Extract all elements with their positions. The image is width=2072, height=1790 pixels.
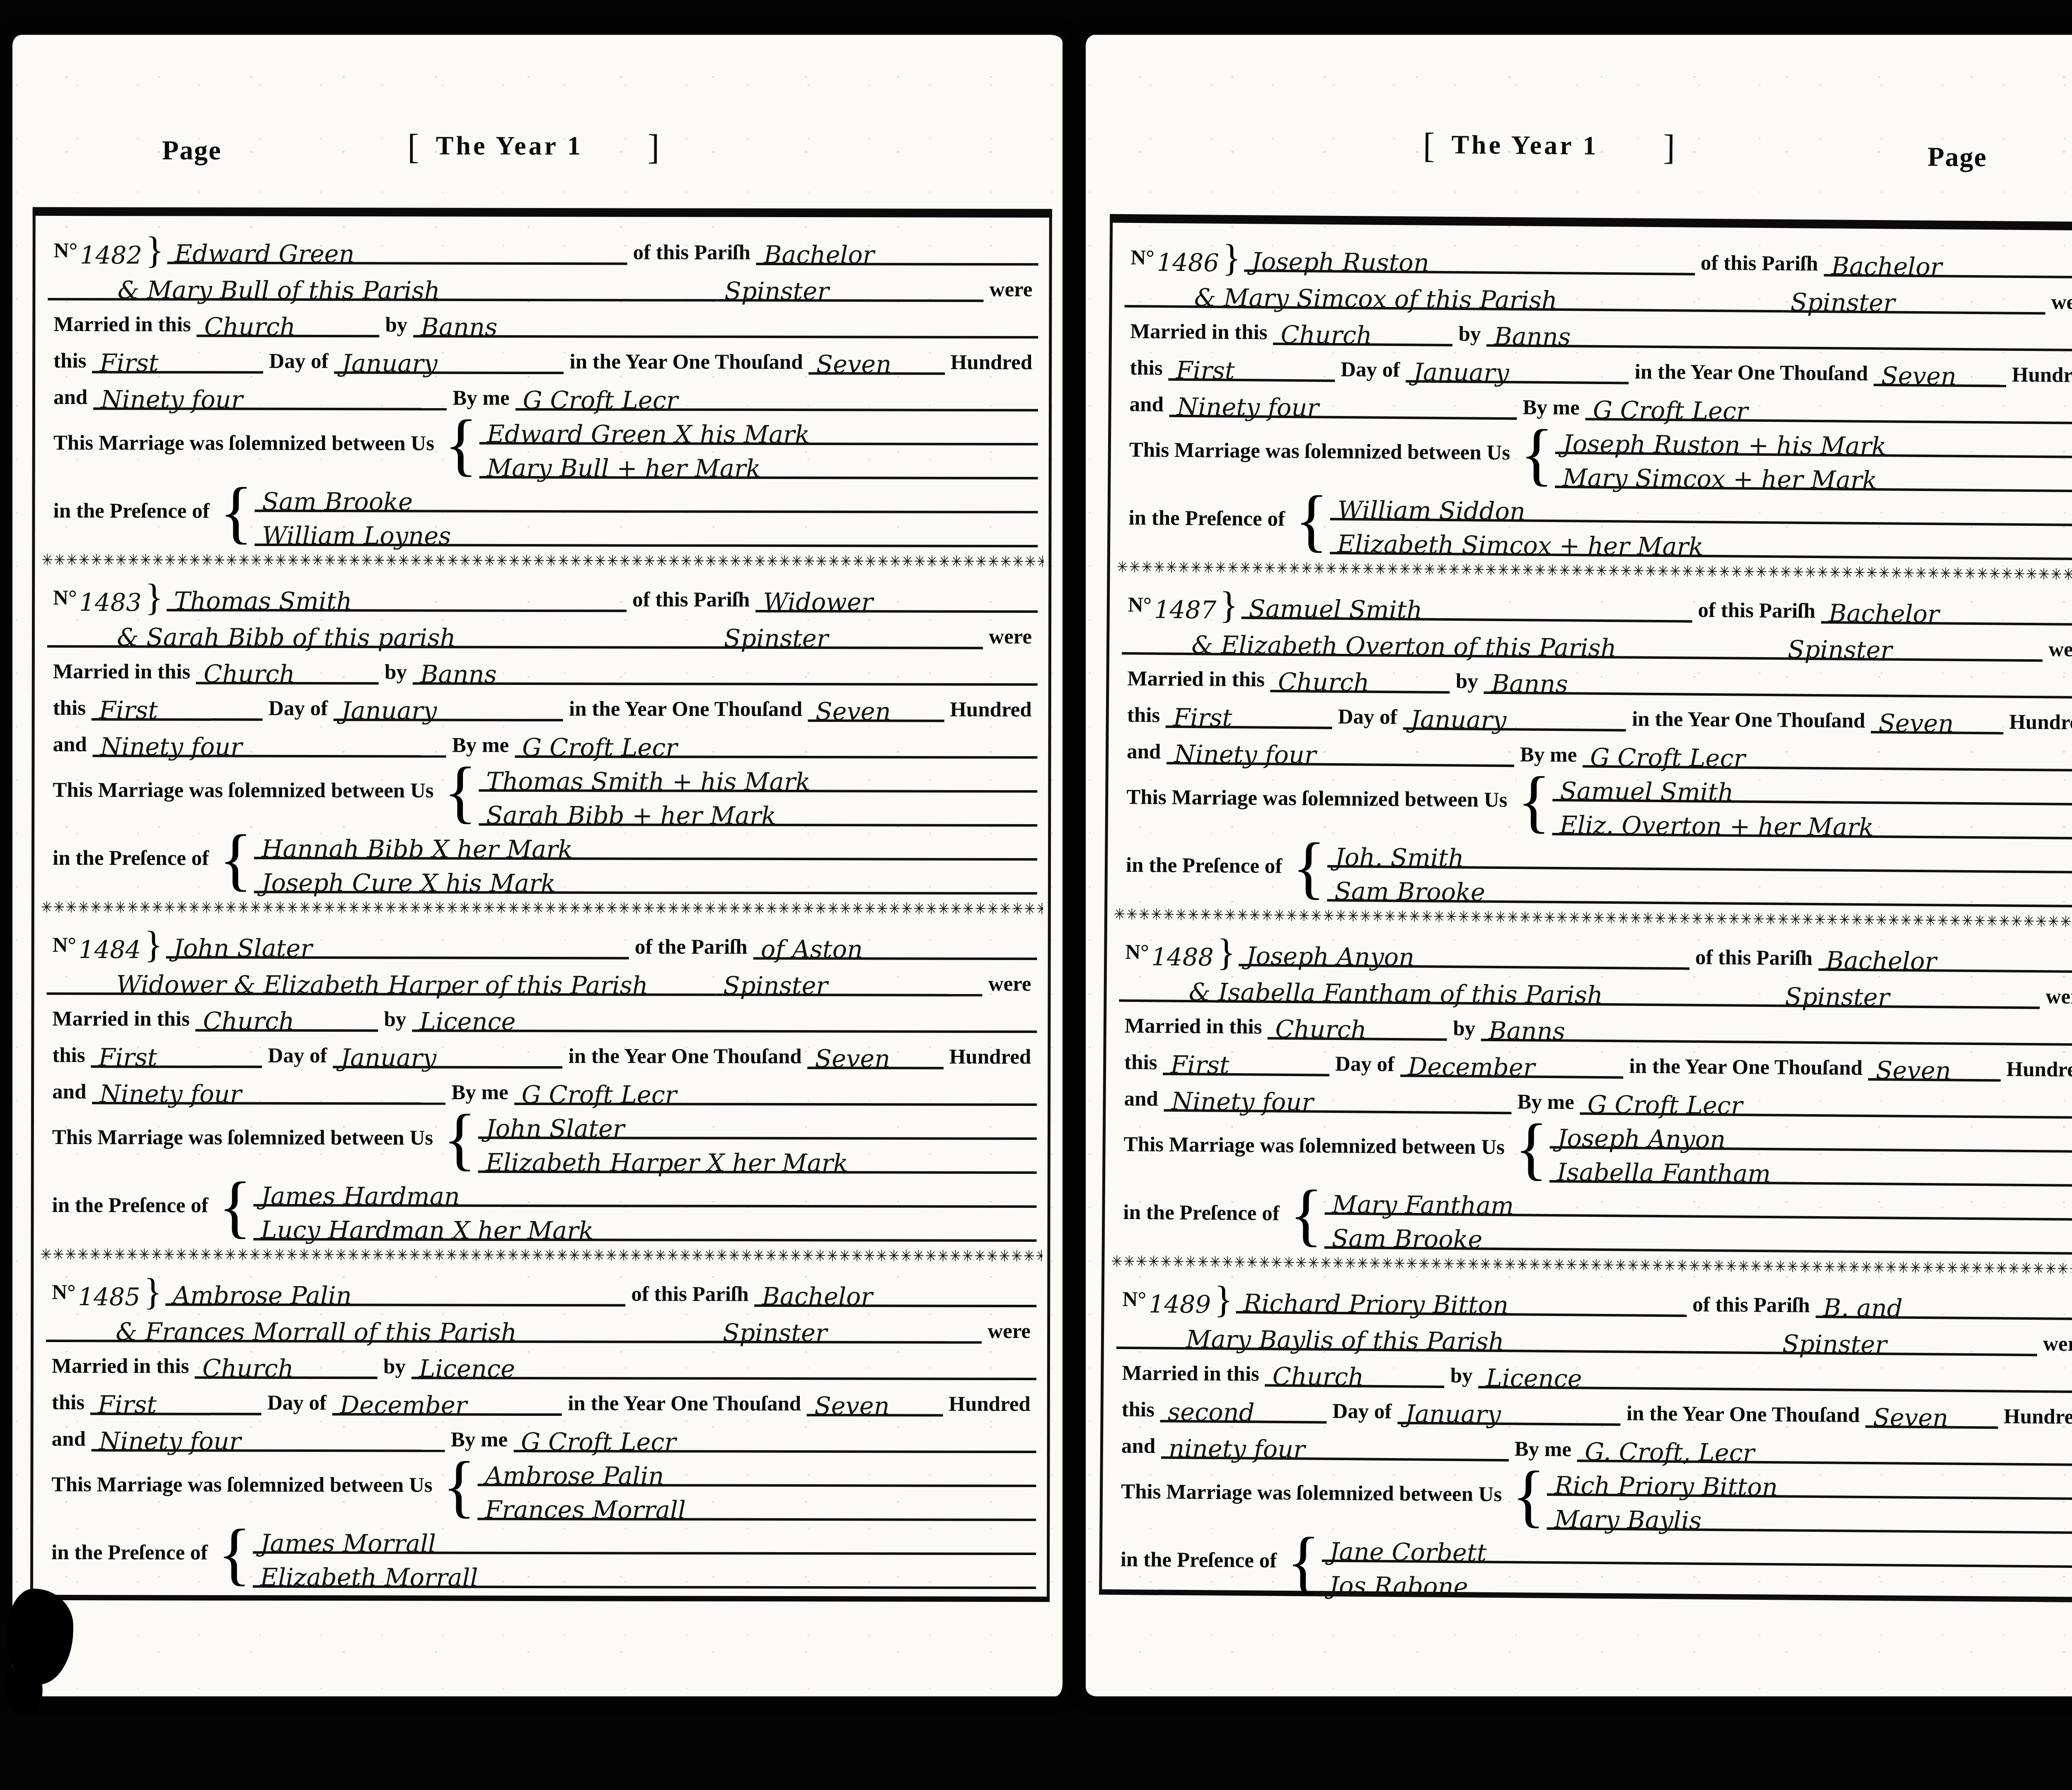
day-word: First: [1173, 706, 1232, 729]
parish-label: of this Pariſh: [627, 242, 756, 265]
groom-line: N° 1483 } Thomas Smith of this Pariſh Wi…: [47, 575, 1038, 613]
this-label: this: [46, 1392, 90, 1415]
solemnized-block: This Marriage was ſolemnized between Us …: [1121, 764, 2072, 839]
were-label: were: [983, 973, 1037, 997]
month: January: [340, 1047, 436, 1069]
witness2-blank: Sam Brooke: [1327, 877, 2072, 908]
entry-number-cell: N° 1484 }: [47, 931, 166, 959]
method: Banns: [420, 663, 497, 686]
bride-name: & Elizabeth Overton of this Parish: [1191, 634, 1617, 659]
day-word: First: [1170, 1054, 1229, 1076]
groom-name-blank: Joseph Ruston: [1244, 247, 1695, 276]
parish-label: of this Pariſh: [1692, 600, 1821, 624]
bride-signature-blank: Isabella Fantham: [1549, 1158, 2072, 1187]
groom-signature-blank: Rich Priory Bitton: [1547, 1471, 2072, 1500]
bride-signature-blank: Mary Bull + her Mark: [479, 453, 1038, 479]
groom-condition-blank: Bachelor: [1824, 252, 2072, 279]
parish-label: of this Pariſh: [627, 589, 755, 612]
place-blank: Church: [1273, 320, 1452, 346]
married-line: Married in this Church by Licence: [46, 1342, 1036, 1380]
witness-signatures: Sam Brooke William Loynes: [254, 478, 1038, 547]
groom-signature-row: Thomas Smith + his Mark: [479, 758, 1037, 793]
parish-label: of this Pariſh: [1687, 1294, 1816, 1318]
witness1-blank: William Siddon: [1330, 496, 2072, 527]
register-page-right: [ The Year 1 ] Page N° 1486 } Joseph Rus…: [1086, 35, 2072, 1696]
by-label: by: [379, 662, 413, 685]
presence-label-cell: in the Preſence of {: [1114, 1539, 1322, 1584]
entry-number: 1484: [79, 939, 141, 961]
witness1-blank: Sam Brooke: [254, 487, 1038, 514]
witness2-row: Jos Rabone: [1322, 1562, 2072, 1602]
number-brace: }: [1213, 939, 1239, 965]
officiant-signature: G Croft Lecr: [521, 1431, 676, 1454]
hundred-label: Hundred: [2006, 364, 2072, 388]
groom-name-blank: Edward Green: [167, 239, 627, 265]
married-line: Married in this Church by Banns: [47, 648, 1038, 686]
year-bracket-close: ]: [648, 133, 660, 162]
decade-word: Ninety four: [99, 1083, 242, 1105]
witness1-signature: James Morrall: [260, 1532, 436, 1555]
officiant-signature: G Croft Lecr: [1593, 399, 1748, 423]
officiant-signature: G Croft Lecr: [522, 1084, 677, 1106]
solemnized-label-cell: This Marriage was ſolemnized between Us …: [48, 422, 479, 466]
officiant-blank: G Croft Lecr: [515, 733, 1038, 759]
officiant-blank: G. Croft, Lecr: [1577, 1437, 2072, 1466]
ornament-divider: ✳✳✳✳✳✳✳✳✳✳✳✳✳✳✳✳✳✳✳✳✳✳✳✳✳✳✳✳✳✳✳✳✳✳✳✳✳✳✳✳…: [41, 895, 1043, 923]
number-prefix: N°: [47, 587, 79, 610]
place-blank: Church: [196, 1006, 378, 1032]
decade-blank: Ninety four: [1169, 392, 1517, 420]
bride-signature-blank: Elizabeth Harper X her Mark: [478, 1148, 1037, 1174]
witness1-signature: Sam Brooke: [262, 491, 413, 513]
solemnized-brace: {: [438, 1465, 478, 1508]
witness-signatures: William Siddon Elizabeth Simcox + her Ma…: [1330, 486, 2072, 561]
bride-condition-blank: Spinster: [717, 276, 983, 302]
bride-name-blank: & Isabella Fantham of this Parish: [1119, 977, 1777, 1007]
groom-condition: B. and: [1823, 1297, 1903, 1320]
groom-condition-blank: Bachelor: [756, 240, 1038, 266]
entry-number: 1482: [80, 244, 142, 267]
year-one-thousand-label: in the Year One Thouſand: [564, 351, 808, 375]
solemnized-label: This Marriage was ſolemnized between Us: [47, 779, 439, 803]
day-word: second: [1168, 1401, 1255, 1424]
officiant-signature: G Croft Lecr: [522, 736, 678, 759]
solemnized-label-cell: This Marriage was ſolemnized between Us …: [1115, 1471, 1547, 1517]
bride-signature-row: Eliz. Overton + her Mark: [1552, 801, 2072, 839]
bride-signature-blank: Mary Simcox + her Mark: [1555, 463, 2072, 493]
number-brace: }: [141, 931, 166, 958]
solemnized-label: This Marriage was ſolemnized between Us: [1115, 1481, 1508, 1507]
method: Banns: [1489, 1020, 1565, 1043]
method-blank: Licence: [1478, 1363, 2072, 1393]
century-blank: Seven: [807, 1391, 943, 1417]
officiant-line: and Ninety four By me G Croft Lecr: [48, 373, 1038, 411]
number-prefix: N°: [1119, 941, 1152, 965]
month: January: [1405, 1403, 1501, 1426]
witness2-signature: Joseph Cure X his Mark: [261, 872, 556, 895]
entry-number: 1485: [78, 1286, 140, 1309]
solemnized-brace: {: [1513, 779, 1552, 823]
bride-signature-blank: Eliz. Overton + her Mark: [1552, 810, 2072, 840]
this-label: this: [48, 350, 92, 373]
entry-number-cell: N° 1486 }: [1125, 243, 1244, 272]
witness2-blank: Joseph Cure X his Mark: [254, 868, 1037, 895]
witness-signatures: Jane Corbett Jos Rabone: [1322, 1528, 2072, 1602]
page-label: Page: [1927, 141, 1987, 173]
groom-line: N° 1484 } John Slater of the Pariſh of A…: [47, 922, 1037, 960]
groom-line: N° 1485 } Ambrose Palin of this Pariſh B…: [46, 1269, 1036, 1307]
groom-signature-blank: Thomas Smith + his Mark: [479, 767, 1037, 793]
bride-signature: Mary Bull + her Mark: [487, 457, 761, 480]
groom-name-blank: Samuel Smith: [1241, 594, 1692, 623]
year-bracket-open: [: [1423, 131, 1435, 160]
place: Church: [1273, 1365, 1364, 1388]
century-word: Seven: [1873, 1406, 1949, 1430]
day-word: First: [98, 1393, 157, 1416]
bride-name: & Mary Simcox of this Parish: [1194, 286, 1558, 312]
day-of-label: Day of: [263, 698, 334, 721]
witness2-blank: Elizabeth Simcox + her Mark: [1330, 530, 2072, 561]
married-line: Married in this Church by Licence: [1116, 1349, 2072, 1393]
married-in-this-label: Married in this: [46, 1008, 196, 1031]
groom-signature-blank: Samuel Smith: [1552, 776, 2072, 806]
married-in-this-label: Married in this: [46, 1355, 195, 1379]
register-scan: Page [ The Year 1 ] N° 1482 } Edward Gre…: [0, 0, 2072, 1790]
entry-number-cell: N° 1489 }: [1116, 1285, 1236, 1313]
bride-name: & Isabella Fantham of this Parish: [1188, 981, 1603, 1006]
solemnized-label-cell: This Marriage was ſolemnized between Us …: [1123, 429, 1555, 476]
marriage-entry: N° 1488 } Joseph Anyon of this Pariſh Ba…: [1117, 929, 2072, 1255]
entries-column: N° 1482 } Edward Green of this Pariſh Ba…: [46, 227, 1038, 1589]
century-blank: Seven: [1866, 1403, 1998, 1429]
groom-name: Joseph Anyon: [1246, 945, 1415, 968]
by-label: by: [378, 1009, 412, 1032]
couple-signatures: Joseph Ruston + his Mark Mary Simcox + h…: [1555, 420, 2072, 492]
decade-blank: Ninety four: [93, 732, 446, 758]
solemnized-label-cell: This Marriage was ſolemnized between Us …: [1121, 776, 1553, 823]
day-blank: First: [92, 696, 263, 721]
method: Licence: [419, 1010, 516, 1033]
number-brace: }: [142, 237, 167, 263]
bride-name-blank: & Frances Morrall of this Parish: [46, 1317, 715, 1343]
place: Church: [203, 663, 295, 685]
witness1-blank: Mary Fantham: [1324, 1190, 2072, 1221]
month: January: [341, 699, 437, 722]
presence-label: in the Preſence of: [47, 847, 215, 871]
date-line: this First Day of January in the Year On…: [46, 1031, 1037, 1069]
married-line: Married in this Church by Banns: [1124, 307, 2072, 351]
by-label: by: [1447, 1018, 1481, 1041]
entry-number-cell: N° 1485 }: [46, 1278, 165, 1306]
entry-number: 1487: [1154, 598, 1217, 621]
presence-label: in the Preſence of: [1123, 507, 1291, 532]
presence-label: in the Preſence of: [1115, 1549, 1283, 1573]
method-blank: Banns: [413, 312, 1038, 339]
ornament-divider: ✳✳✳✳✳✳✳✳✳✳✳✳✳✳✳✳✳✳✳✳✳✳✳✳✳✳✳✳✳✳✳✳✳✳✳✳✳✳✳✳…: [41, 547, 1043, 576]
solemnized-label: This Marriage was ſolemnized between Us: [46, 1474, 438, 1497]
year-heading: [ The Year 1 ]: [1423, 129, 1675, 162]
married-in-this-label: Married in this: [1121, 668, 1271, 692]
day-blank: First: [1169, 356, 1335, 382]
bride-condition: Spinster: [723, 1322, 827, 1345]
witness1-signature: Mary Fantham: [1332, 1193, 1514, 1217]
day-blank: First: [1163, 1050, 1329, 1076]
and-label: and: [46, 1081, 92, 1104]
groom-signature: Edward Green X his Mark: [487, 423, 810, 446]
marriage-entry: N° 1487 } Samuel Smith of this Pariſh Ba…: [1120, 582, 2072, 907]
solemnized-block: This Marriage was ſolemnized between Us …: [46, 1104, 1037, 1174]
this-label: this: [47, 697, 92, 721]
witness-block: in the Preſence of { Sam Brooke William …: [47, 478, 1038, 547]
groom-name: John Slater: [173, 937, 312, 960]
bride-signature-row: Frances Morrall: [477, 1486, 1036, 1521]
couple-signatures: Edward Green X his Mark Mary Bull + her …: [479, 411, 1038, 479]
groom-name: Richard Priory Bitton: [1243, 1292, 1508, 1316]
presence-label-cell: in the Preſence of {: [1120, 844, 1328, 889]
and-label: and: [1123, 394, 1169, 417]
bride-name: Widower & Elizabeth Harper of this Paris…: [116, 973, 648, 997]
groom-signature-blank: Joseph Anyon: [1550, 1124, 2072, 1153]
presence-label-cell: in the Preſence of {: [47, 490, 254, 534]
year-heading-text: The Year 1: [1451, 129, 1599, 161]
bride-condition: Spinster: [1790, 291, 1895, 314]
officiant-blank: G Croft Lecr: [513, 1427, 1036, 1453]
bride-signature-row: Mary Baylis: [1547, 1496, 2072, 1534]
bride-line: Mary Baylis of this Parish Spinster were: [1116, 1313, 2072, 1357]
method: Licence: [1486, 1367, 1582, 1390]
groom-line: N° 1487 } Samuel Smith of this Pariſh Ba…: [1122, 582, 2072, 626]
bride-name-blank: Widower & Elizabeth Harper of this Paris…: [46, 970, 716, 996]
witness2-blank: Sam Brooke: [1324, 1224, 2072, 1255]
witness2-row: Joseph Cure X his Mark: [254, 859, 1037, 895]
presence-brace: {: [215, 838, 254, 881]
entry-number-cell: N° 1482 }: [48, 237, 167, 264]
solemnized-block: This Marriage was ſolemnized between Us …: [1115, 1459, 2072, 1534]
century-blank: Seven: [1868, 1056, 2001, 1082]
groom-line: N° 1488 } Joseph Anyon of this Pariſh Ba…: [1119, 929, 2072, 973]
page-label: Page: [162, 135, 222, 166]
day-of-label: Day of: [262, 1045, 333, 1068]
presence-label-cell: in the Preſence of {: [47, 837, 254, 881]
witness-block: in the Preſence of { Mary Fantham Sam Br…: [1117, 1179, 2072, 1255]
number-prefix: N°: [46, 1282, 78, 1305]
bride-condition-blank: Spinster: [1777, 982, 2040, 1009]
number-brace: }: [1211, 1286, 1236, 1313]
witness2-signature: Sam Brooke: [1334, 880, 1485, 904]
solemnized-block: This Marriage was ſolemnized between Us …: [48, 410, 1038, 479]
month-blank: January: [1403, 705, 1626, 731]
presence-label: in the Preſence of: [1120, 854, 1288, 879]
month-blank: December: [332, 1391, 562, 1416]
place: Church: [202, 1357, 293, 1380]
witness1-row: James Morrall: [253, 1520, 1036, 1555]
month-blank: January: [333, 1043, 562, 1069]
by-label: by: [1450, 671, 1484, 694]
presence-label-cell: in the Preſence of {: [46, 1532, 253, 1575]
entries-column: N° 1486 } Joseph Ruston of this Pariſh B…: [1114, 235, 2072, 1602]
this-label: this: [1121, 704, 1166, 728]
day-word: First: [99, 699, 158, 722]
register-table: N° 1482 } Edward Green of this Pariſh Ba…: [30, 207, 1052, 1602]
officiant-blank: G Croft Lecr: [515, 386, 1038, 411]
parish-label: of the Pariſh: [629, 936, 753, 960]
witness2-signature: Lucy Hardman X her Mark: [261, 1219, 593, 1242]
century-word: Seven: [814, 1395, 890, 1417]
groom-condition: of Aston: [761, 938, 863, 961]
day-of-label: Day of: [1332, 706, 1403, 730]
bride-condition: Spinster: [1788, 638, 1893, 661]
month: January: [341, 352, 438, 375]
bride-condition: Spinster: [724, 627, 828, 650]
officiant-blank: G Croft Lecr: [1585, 395, 2072, 424]
entry-number-cell: N° 1483 }: [47, 584, 167, 612]
officiant-line: and Ninety four By me G Croft Lecr: [46, 1415, 1036, 1453]
groom-name: Edward Green: [174, 242, 355, 265]
hundred-label: Hundred: [2000, 1059, 2072, 1082]
witness1-blank: James Hardman: [253, 1182, 1036, 1208]
year-one-thousand-label: in the Year One Thouſand: [563, 1046, 808, 1069]
and-label: and: [48, 387, 93, 410]
groom-condition-blank: Bachelor: [1818, 946, 2072, 973]
bride-signature-blank: Sarah Bibb + her Mark: [479, 801, 1037, 827]
year-bracket-open: [: [407, 133, 419, 161]
witness2-blank: William Loynes: [254, 521, 1038, 548]
witness1-row: Hannah Bibb X her Mark: [254, 825, 1037, 861]
presence-label: in the Preſence of: [1117, 1202, 1285, 1226]
presence-brace: {: [214, 1185, 254, 1228]
year-one-thousand-label: in the Year One Thouſand: [1621, 1403, 1866, 1428]
day-of-label: Day of: [261, 1392, 332, 1415]
month-blank: December: [1400, 1052, 1624, 1079]
bride-name: & Mary Bull of this Parish: [117, 279, 440, 302]
entry-number: 1483: [79, 591, 141, 614]
witness2-signature: Jos Rabone: [1329, 1575, 1468, 1598]
solemnized-block: This Marriage was ſolemnized between Us …: [47, 757, 1037, 827]
groom-signature: Joseph Anyon: [1557, 1127, 1726, 1151]
groom-name: Ambrose Palin: [173, 1284, 352, 1307]
witness1-signature: Jane Corbett: [1329, 1541, 1487, 1564]
page-header: [ The Year 1 ] Page: [1091, 124, 2072, 186]
marriage-entry: N° 1484 } John Slater of the Pariſh of A…: [46, 922, 1037, 1242]
married-line: Married in this Church by Banns: [48, 300, 1038, 339]
groom-name-blank: Joseph Anyon: [1239, 941, 1690, 970]
place-blank: Church: [1265, 1362, 1445, 1388]
presence-label-cell: in the Preſence of {: [1117, 1192, 1325, 1236]
witness1-row: James Hardman: [253, 1173, 1036, 1208]
place: Church: [1278, 671, 1370, 694]
groom-name-blank: Thomas Smith: [167, 586, 627, 612]
groom-condition: Widower: [763, 591, 873, 614]
date-line: this First Day of January in the Year On…: [1124, 344, 2072, 388]
solemnized-block: This Marriage was ſolemnized between Us …: [1123, 417, 2072, 492]
and-label: and: [1116, 1435, 1162, 1459]
hundred-label: Hundred: [943, 1393, 1036, 1417]
day-blank: First: [1166, 703, 1332, 729]
groom-signature: Samuel Smith: [1560, 780, 1733, 804]
witness2-signature: Sam Brooke: [1332, 1227, 1483, 1251]
marriage-entry: N° 1489 } Richard Priory Bitton of this …: [1114, 1276, 2072, 1602]
groom-signature: Ambrose Palin: [485, 1465, 664, 1488]
groom-name: Samuel Smith: [1249, 597, 1422, 622]
bride-name-blank: & Sarah Bibb of this parish: [47, 623, 716, 649]
groom-name: Thomas Smith: [174, 590, 352, 612]
bride-name-blank: Mary Baylis of this Parish: [1116, 1324, 1775, 1355]
groom-line: N° 1486 } Joseph Ruston of this Pariſh B…: [1125, 235, 2072, 278]
this-label: this: [1116, 1399, 1160, 1422]
date-line: this First Day of December in the Year O…: [46, 1379, 1036, 1417]
and-label: and: [46, 1428, 92, 1451]
groom-condition: Bachelor: [1831, 255, 1942, 278]
method-blank: Banns: [413, 660, 1038, 686]
bride-signature: Isabella Fantham: [1557, 1161, 1771, 1185]
century-blank: Seven: [808, 1044, 944, 1069]
day-word: First: [1176, 359, 1235, 382]
solemnized-block: This Marriage was ſolemnized between Us …: [46, 1451, 1036, 1521]
decade-blank: Ninety four: [93, 385, 447, 411]
solemnized-label: This Marriage was ſolemnized between Us: [1121, 786, 1513, 813]
solemnized-brace: {: [439, 1118, 478, 1161]
groom-signature: John Slater: [486, 1118, 625, 1140]
register-table: N° 1486 } Joseph Ruston of this Pariſh B…: [1099, 214, 2072, 1603]
presence-label-cell: in the Preſence of {: [1123, 497, 1330, 542]
day-blank: First: [90, 1390, 261, 1415]
bride-signature-blank: Frances Morrall: [477, 1495, 1036, 1521]
day-of-label: Day of: [1326, 1401, 1398, 1424]
witness-signatures: Joh. Smith Sam Brooke: [1327, 834, 2072, 908]
solemnized-label-cell: This Marriage was ſolemnized between Us …: [1118, 1124, 1550, 1170]
groom-name-blank: John Slater: [166, 934, 629, 959]
place: Church: [1280, 324, 1372, 347]
groom-name-blank: Ambrose Palin: [165, 1281, 626, 1306]
groom-signature: Joseph Ruston + his Mark: [1563, 433, 1887, 457]
couple-signatures: John Slater Elizabeth Harper X her Mark: [478, 1105, 1037, 1174]
bride-signature-blank: Mary Baylis: [1547, 1505, 2072, 1534]
groom-signature-blank: Ambrose Palin: [477, 1461, 1036, 1487]
groom-signature: Thomas Smith + his Mark: [486, 770, 810, 793]
method-blank: Banns: [1484, 669, 2072, 699]
century-word: Seven: [1878, 712, 1954, 735]
witness-block: in the Preſence of { Jane Corbett Jos Ra…: [1114, 1526, 2072, 1602]
groom-signature-blank: John Slater: [478, 1114, 1037, 1140]
witness-block: in the Preſence of { William Siddon Eliz…: [1123, 485, 2072, 560]
witness1-signature: William Siddon: [1337, 499, 1525, 523]
hundred-label: Hundred: [2003, 711, 2072, 735]
decade-blank: ninety four: [1161, 1434, 1509, 1461]
witness1-row: Sam Brooke: [254, 478, 1038, 513]
place-blank: Church: [1271, 667, 1450, 694]
groom-signature-row: Joseph Ruston + his Mark: [1555, 420, 2072, 458]
number-brace: }: [141, 584, 166, 610]
groom-name: Joseph Ruston: [1251, 250, 1429, 274]
parish-label: of this Pariſh: [625, 1284, 754, 1307]
place: Church: [1275, 1018, 1367, 1041]
witness2-signature: Elizabeth Morrall: [260, 1566, 478, 1589]
method: Banns: [1494, 325, 1571, 348]
groom-condition: Bachelor: [762, 1285, 872, 1308]
couple-signatures: Thomas Smith + his Mark Sarah Bibb + her…: [479, 758, 1037, 827]
witness1-signature: Joh. Smith: [1335, 846, 1464, 870]
and-label: and: [1121, 741, 1167, 764]
entry-number: 1489: [1149, 1293, 1211, 1316]
witness2-row: Sam Brooke: [1327, 868, 2072, 908]
solemnized-label: This Marriage was ſolemnized between Us: [46, 1127, 439, 1150]
bride-condition-blank: Spinster: [716, 624, 983, 649]
day-of-label: Day of: [1335, 359, 1406, 382]
entry-number: 1488: [1151, 946, 1214, 968]
presence-label: in the Preſence of: [46, 1542, 213, 1565]
married-in-this-label: Married in this: [47, 661, 196, 684]
and-label: and: [47, 734, 92, 757]
